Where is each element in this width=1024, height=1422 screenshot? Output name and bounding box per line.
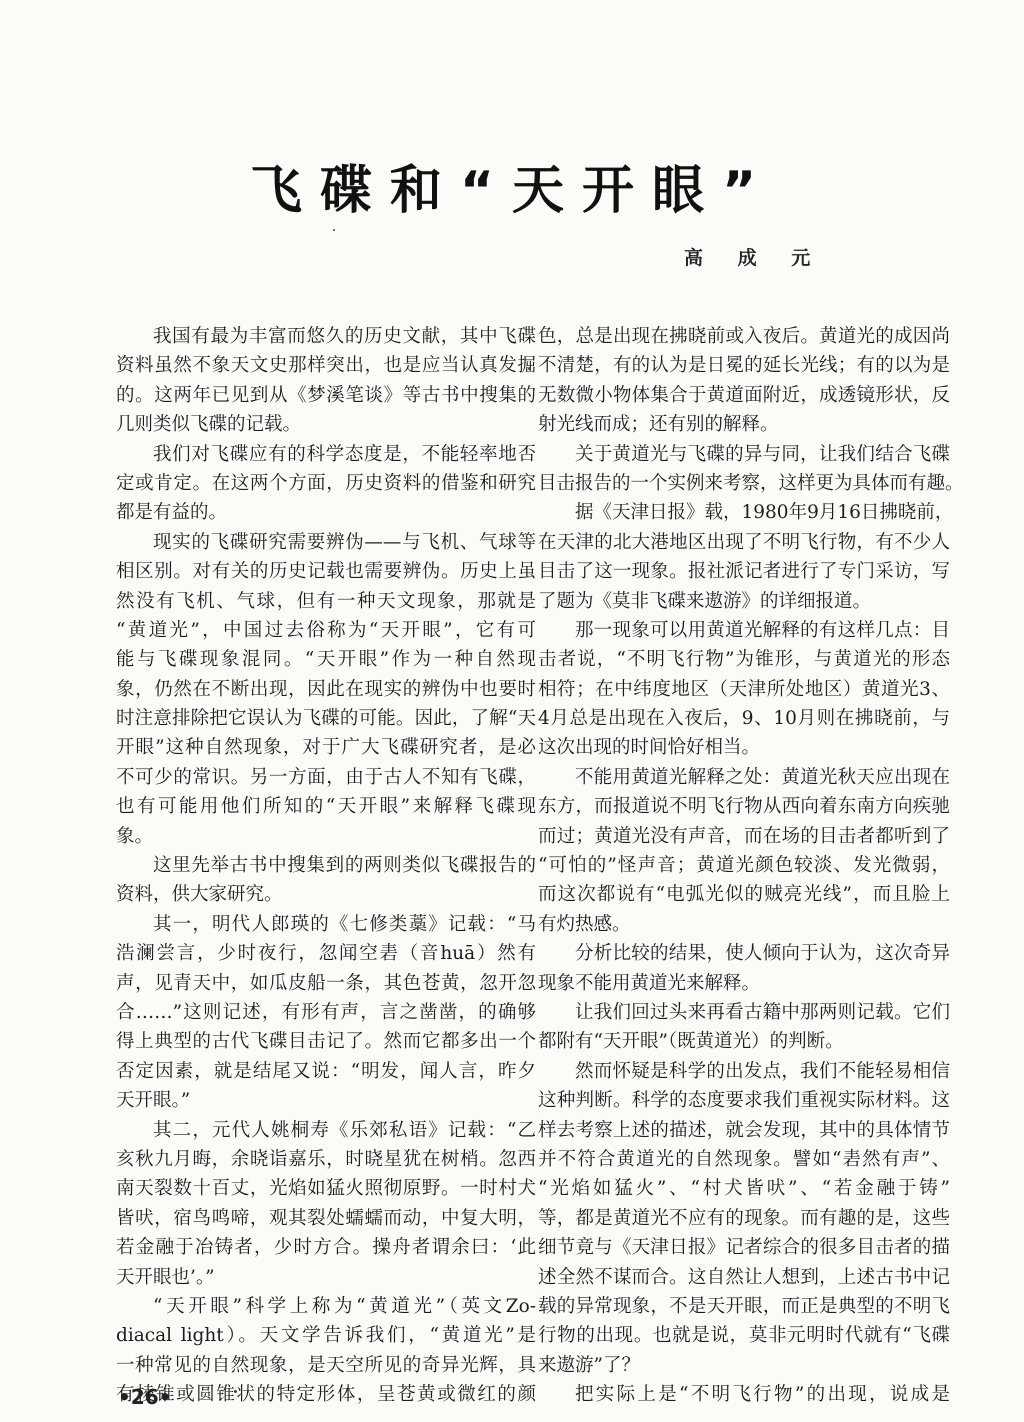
text-line: 都附有“天开眼”（既黄道光）的判断。 <box>538 1027 950 1056</box>
scan-speck <box>234 1390 237 1393</box>
text-line: 不能用黄道光解释之处：黄道光秋天应出现在 <box>538 763 950 792</box>
text-line: 分析比较的结果，使人倾向于认为，这次奇异 <box>538 939 950 968</box>
text-line: 然没有飞机、气球，但有一种天文现象，那就是 <box>116 587 536 616</box>
text-line: 击者说，“不明飞行物”为锥形，与黄道光的形态 <box>538 645 950 674</box>
text-line: 东方，而报道说不明飞行物从西向着东南方向疾驰 <box>538 792 950 821</box>
text-line: 都是有益的。 <box>116 498 536 527</box>
text-line: “光焰如猛火”、“村犬皆吠”、“若金融于铸” <box>538 1174 950 1203</box>
text-line: 浩澜尝言，少时夜行，忽闻空砉（音huā）然有 <box>116 939 536 968</box>
text-line: 并不符合黄道光的自然现象。譬如“砉然有声”、 <box>538 1145 950 1174</box>
text-line: “可怕的”怪声音；黄道光颜色较淡、发光微弱， <box>538 851 950 880</box>
text-line: 这种判断。科学的态度要求我们重视实际材料。这 <box>538 1086 950 1115</box>
text-line: 等，都是黄道光不应有的现象。而有趣的是，这些 <box>538 1204 950 1233</box>
text-line: 其一，明代人郎瑛的《七修类藁》记载：“马 <box>116 910 536 939</box>
article-author: 高 成 元 <box>684 243 824 270</box>
text-line: 亥秋九月晦，余晓诣嘉乐，时晓星犹在树梢。忽西 <box>116 1145 536 1174</box>
text-line: 让我们回过头来再看古籍中那两则记载。它们 <box>538 998 950 1027</box>
text-line: 资料，供大家研究。 <box>116 880 536 909</box>
text-line: 几则类似飞碟的记载。 <box>116 410 536 439</box>
text-line: 射光线而成；还有别的解释。 <box>538 410 950 439</box>
text-line: 我们对飞碟应有的科学态度是，不能轻率地否 <box>116 440 536 469</box>
text-line: 皆吠，宿鸟鸣啼，观其裂处蠕蠕而动，中复大明， <box>116 1204 536 1233</box>
left-column: 我国有最为丰富而悠久的历史文献，其中飞碟资料虽然不象天文史那样突出，也是应当认真… <box>116 322 536 1409</box>
text-line: 了题为《莫非飞碟来遨游》的详细报道。 <box>538 587 950 616</box>
text-line: 天开眼也’。” <box>116 1263 536 1292</box>
text-line: 不可少的常识。另一方面，由于古人不知有飞碟， <box>116 763 536 792</box>
text-line: 时注意排除把它误认为飞碟的可能。因此，了解“天 <box>116 704 536 733</box>
text-line: 来遨游”了？ <box>538 1351 950 1380</box>
text-line: 行物的出现。也就是说，莫非元明时代就有“飞碟 <box>538 1321 950 1350</box>
text-line: 南天裂数十百丈，光焰如猛火照彻原野。一时村犬 <box>116 1174 536 1203</box>
article-title: 飞碟和“天开眼” <box>0 148 1024 223</box>
text-line: 细节竟与《天津日报》记者综合的很多目击者的描 <box>538 1233 950 1262</box>
text-line: 而这次都说有“电弧光似的贼亮光线”，而且脸上 <box>538 880 950 909</box>
text-line: 有棱锥或圆锥状的特定形体，呈苍黄或微红的颜 <box>116 1380 536 1409</box>
text-line: 在天津的北大港地区出现了不明飞行物，有不少人 <box>538 528 950 557</box>
text-line: 一种常见的自然现象，是天空所见的奇异光辉，具 <box>116 1351 536 1380</box>
text-line: 现实的飞碟研究需要辨伪——与飞机、气球等 <box>116 528 536 557</box>
magazine-page: 飞碟和“天开眼” 高 成 元 我国有最为丰富而悠久的历史文献，其中飞碟资料虽然不… <box>0 0 1024 1422</box>
text-line: 否定因素，就是结尾又说：“明发，闻人言，昨夕 <box>116 1057 536 1086</box>
text-line: 这次出现的时间恰好相当。 <box>538 733 950 762</box>
text-line: 开眼”这种自然现象，对于广大飞碟研究者，是必 <box>116 733 536 762</box>
scan-speck <box>528 367 531 370</box>
text-line: 定或肯定。在这两个方面，历史资料的借鉴和研究 <box>116 469 536 498</box>
text-line: 据《天津日报》载，1980年9月16日拂晓前， <box>538 498 950 527</box>
text-line: 这里先举古书中搜集到的两则类似飞碟报告的 <box>116 851 536 880</box>
text-line: 象。 <box>116 822 536 851</box>
text-line: 其二，元代人姚桐寿《乐郊私语》记载：“乙 <box>116 1116 536 1145</box>
text-line: 有灼热感。 <box>538 910 950 939</box>
scan-speck <box>645 1398 647 1400</box>
text-line: 然而怀疑是科学的出发点，我们不能轻易相信 <box>538 1057 950 1086</box>
text-line: 若金融于冶铸者，少时方合。操舟者谓余曰：‘此 <box>116 1233 536 1262</box>
text-line: 而过；黄道光没有声音，而在场的目击者都听到了 <box>538 822 950 851</box>
text-line: 也有可能用他们所知的“天开眼”来解释飞碟现 <box>116 792 536 821</box>
text-line: 得上典型的古代飞碟目击记了。然而它都多出一个 <box>116 1027 536 1056</box>
text-line: 天开眼。” <box>116 1086 536 1115</box>
text-line: 能与飞碟现象混同。“天开眼”作为一种自然现 <box>116 645 536 674</box>
text-line: 不清楚，有的认为是日冕的延长光线；有的以为是 <box>538 351 950 380</box>
text-line: “黄道光”，中国过去俗称为“天开眼”，它有可 <box>116 616 536 645</box>
text-line: 的。这两年已见到从《梦溪笔谈》等古书中搜集的 <box>116 381 536 410</box>
text-line: diacal light）。天文学告诉我们，“黄道光”是 <box>116 1321 536 1350</box>
text-line: “天开眼”科学上称为“黄道光”（英文Zo- <box>116 1292 536 1321</box>
text-line: 目击了这一现象。报社派记者进行了专门采访，写 <box>538 557 950 586</box>
text-line: 那一现象可以用黄道光解释的有这样几点：目 <box>538 616 950 645</box>
text-line: 载的异常现象，不是天开眼，而正是典型的不明飞 <box>538 1292 950 1321</box>
text-line: 色，总是出现在拂晓前或入夜后。黄道光的成因尚 <box>538 322 950 351</box>
text-line: 相符；在中纬度地区（天津所处地区）黄道光3、 <box>538 675 950 704</box>
page-number: •26• <box>118 1385 171 1409</box>
scan-speck <box>333 229 335 231</box>
text-line: 样去考察上述的描述，就会发现，其中的具体情节 <box>538 1116 950 1145</box>
text-line: 4月总是出现在入夜后，9、10月则在拂晓前，与 <box>538 704 950 733</box>
text-line: 象，仍然在不断出现，因此在现实的辨伪中也要时 <box>116 675 536 704</box>
text-line: 关于黄道光与飞碟的异与同，让我们结合飞碟 <box>538 440 950 469</box>
text-line: 合……”这则记述，有形有声，言之凿凿，的确够 <box>116 998 536 1027</box>
text-line: 目击报告的一个实例来考察，这样更为具体而有趣。 <box>538 469 950 498</box>
text-line: 现象不能用黄道光来解释。 <box>538 969 950 998</box>
right-column: 色，总是出现在拂晓前或入夜后。黄道光的成因尚不清楚，有的认为是日冕的延长光线；有… <box>538 322 950 1409</box>
text-line: 相区别。对有关的历史记载也需要辨伪。历史上虽 <box>116 557 536 586</box>
text-line: 声，见青天中，如瓜皮船一条，其色苍黄，忽开忽 <box>116 969 536 998</box>
text-line: 资料虽然不象天文史那样突出，也是应当认真发掘 <box>116 351 536 380</box>
text-line: 把实际上是“不明飞行物”的出现，说成是 <box>538 1380 950 1409</box>
text-line: 我国有最为丰富而悠久的历史文献，其中飞碟 <box>116 322 536 351</box>
text-line: 无数微小物体集合于黄道面附近，成透镜形状，反 <box>538 381 950 410</box>
text-line: 述全然不谋而合。这自然让人想到，上述古书中记 <box>538 1263 950 1292</box>
